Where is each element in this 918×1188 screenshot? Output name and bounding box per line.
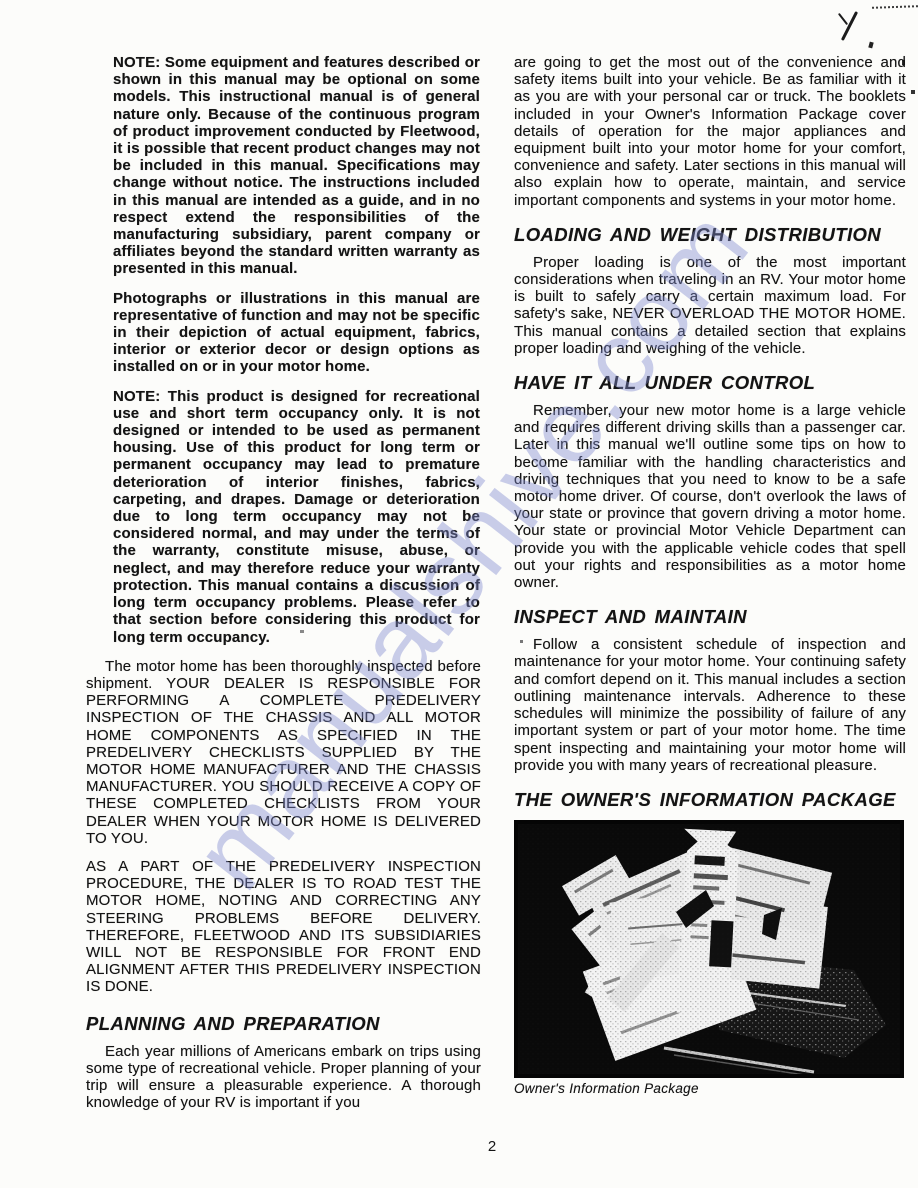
- section-heading-loading: LOADING AND WEIGHT DISTRIBUTION: [514, 224, 906, 246]
- control-paragraph: Remember, your new motor home is a large…: [514, 402, 906, 591]
- left-column: NOTE: Some equipment and features descri…: [86, 54, 481, 1122]
- manual-page: NOTE: Some equipment and features descri…: [0, 0, 918, 1188]
- page-number: 2: [0, 1138, 918, 1155]
- inspect-paragraph: Follow a consistent schedule of inspecti…: [514, 636, 906, 774]
- section-heading-planning: PLANNING AND PREPARATION: [86, 1013, 481, 1035]
- right-column: are going to get the most out of the con…: [514, 54, 906, 1122]
- photo-caption: Owner's Information Package: [514, 1081, 906, 1096]
- predelivery-paragraph: AS A PART OF THE PREDELIVERY INSPECTION …: [86, 858, 481, 996]
- inspection-paragraph: The motor home has been thoroughly inspe…: [86, 658, 481, 847]
- note-paragraph-occupancy: NOTE: This product is designed for recre…: [113, 388, 480, 646]
- photographs-paragraph: Photographs or illustrations in this man…: [113, 290, 480, 376]
- pen-mark: [868, 42, 873, 49]
- note-paragraph-equipment: NOTE: Some equipment and features descri…: [113, 54, 480, 278]
- planning-paragraph: Each year millions of Americans embark o…: [86, 1043, 481, 1112]
- owners-package-photo: [514, 820, 904, 1078]
- continuation-paragraph: are going to get the most out of the con…: [514, 54, 906, 209]
- section-heading-inspect: INSPECT AND MAINTAIN: [514, 606, 906, 628]
- pen-mark: [911, 90, 915, 94]
- scan-artifact: [872, 5, 918, 9]
- section-heading-owners-package: THE OWNER'S INFORMATION PACKAGE: [514, 789, 906, 811]
- pen-mark: [838, 13, 848, 25]
- loading-paragraph: Proper loading is one of the most import…: [514, 254, 906, 357]
- section-heading-control: HAVE IT ALL UNDER CONTROL: [514, 372, 906, 394]
- two-column-layout: NOTE: Some equipment and features descri…: [86, 54, 906, 1122]
- pen-mark: [841, 11, 858, 41]
